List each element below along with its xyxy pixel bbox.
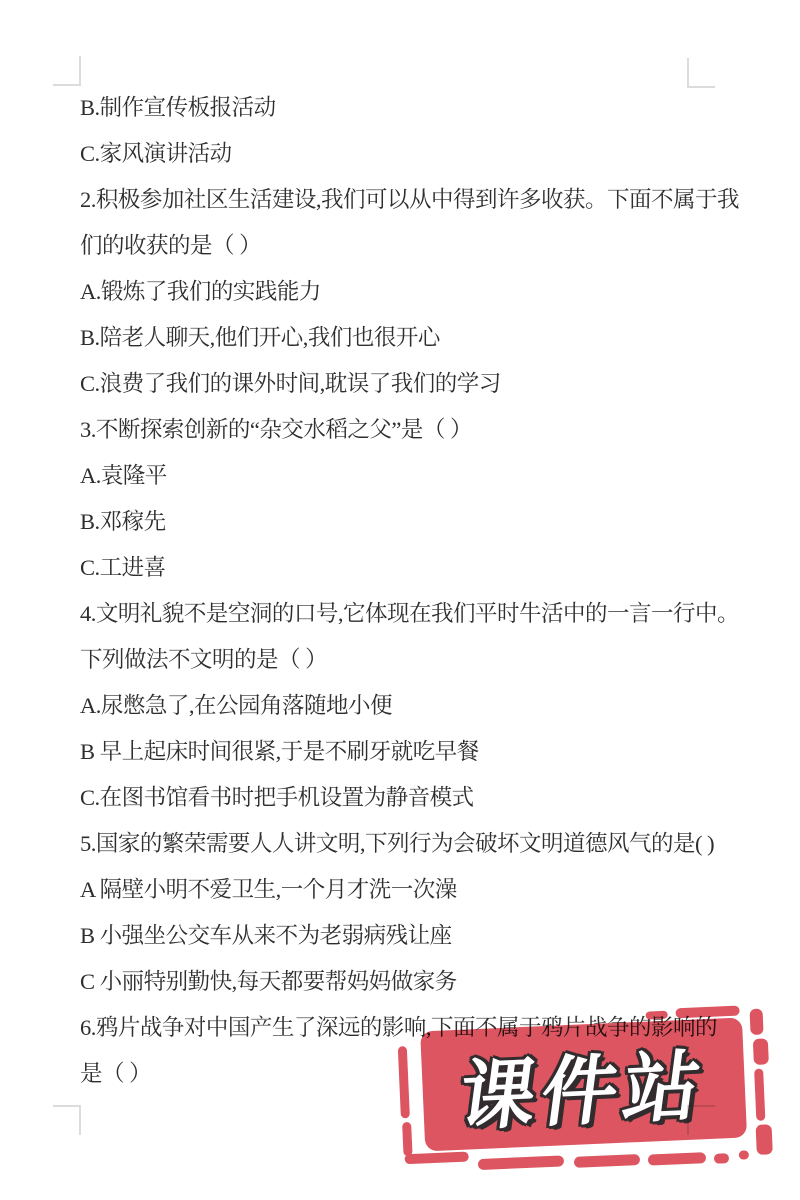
document-line: A.尿憋急了,在公园角落随地小便 xyxy=(80,683,740,729)
stamp-border-stroke xyxy=(648,1152,706,1166)
document-line: C.浪费了我们的课外时间,耽误了我们的学习 xyxy=(80,361,740,407)
stamp-border-stroke xyxy=(404,1151,468,1164)
document-page: B.制作宣传板报活动 C.家风演讲活动 2.积极参加社区生活建设,我们可以从中得… xyxy=(0,0,800,1200)
stamp-border-stroke xyxy=(739,1150,749,1159)
page-corner-mark-top-right xyxy=(687,58,715,88)
document-line: B 早上起床时间很紧,于是不刷牙就吃早餐 xyxy=(80,729,740,775)
stamp-border-stroke xyxy=(478,1155,564,1170)
document-line: 是（ ） xyxy=(80,1051,740,1097)
exam-text-block: B.制作宣传板报活动 C.家风演讲活动 2.积极参加社区生活建设,我们可以从中得… xyxy=(80,85,740,1097)
document-line: C.工进喜 xyxy=(80,545,740,591)
stamp-border-stroke xyxy=(754,1069,765,1121)
document-line: 们的收获的是（ ） xyxy=(80,223,740,269)
stamp-border-stroke xyxy=(749,1009,763,1036)
document-line: B 小强坐公交车从来不为老弱病残让座 xyxy=(80,913,740,959)
stamp-border-stroke xyxy=(753,1038,769,1065)
document-line: A.袁隆平 xyxy=(80,453,740,499)
document-line: 5.国家的繁荣需要人人讲文明,下列行为会破坏文明道德风气的是( ) xyxy=(80,821,740,867)
page-corner-mark-bottom-right xyxy=(687,1105,715,1135)
document-line: 4.文明礼貌不是空洞的口号,它体现在我们平时牛活中的一言一行中。 xyxy=(80,591,740,637)
document-line: 2.积极参加社区生活建设,我们可以从中得到许多收获。下面不属于我 xyxy=(80,177,740,223)
stamp-border-stroke xyxy=(714,1153,729,1164)
document-line: B.制作宣传板报活动 xyxy=(80,85,740,131)
stamp-border-stroke xyxy=(574,1154,640,1168)
document-line: 3.不断探索创新的“杂交水稻之父”是（ ） xyxy=(80,407,740,453)
document-line: C 小丽特别勤快,每天都要帮妈妈做家务 xyxy=(80,959,740,1005)
stamp-border-stroke xyxy=(756,1124,773,1155)
document-line: A 隔壁小明不爱卫生,一个月才洗一次澡 xyxy=(80,867,740,913)
document-line: A.锻炼了我们的实践能力 xyxy=(80,269,740,315)
document-line: C.在图书馆看书时把手机设置为静音模式 xyxy=(80,775,740,821)
stamp-border-stroke xyxy=(402,1122,412,1156)
document-line: B.陪老人聊天,他们开心,我们也很开心 xyxy=(80,315,740,361)
page-corner-mark-top-left xyxy=(53,56,81,86)
document-line: 6.鸦片战争对中国产生了深远的影响,下面不属于鸦片战争的影响的 xyxy=(80,1005,740,1051)
page-corner-mark-bottom-left xyxy=(53,1105,81,1135)
document-line: 下列做法不文明的是（ ） xyxy=(80,637,740,683)
document-line: B.邓稼先 xyxy=(80,499,740,545)
document-line: C.家风演讲活动 xyxy=(80,131,740,177)
